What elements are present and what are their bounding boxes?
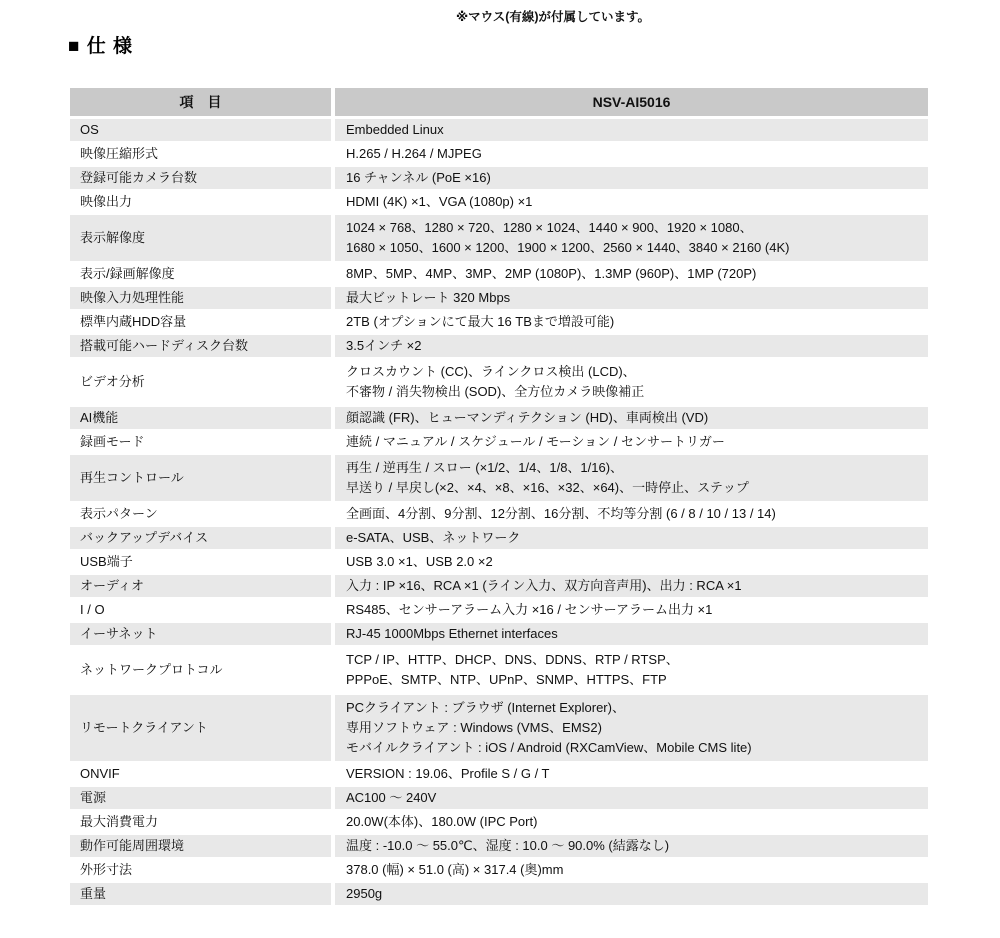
- spec-item-label: 登録可能カメラ台数: [70, 166, 333, 190]
- table-row: 録画モード連続 / マニュアル / スケジュール / モーション / センサート…: [70, 430, 928, 454]
- spec-item-label: 表示/録画解像度: [70, 262, 333, 286]
- table-row: 電源AC100 ～ 240V: [70, 786, 928, 810]
- spec-item-label: ONVIF: [70, 762, 333, 786]
- spec-item-label: ビデオ分析: [70, 358, 333, 406]
- spec-table-header: 項 目 NSV-AI5016: [70, 88, 928, 118]
- spec-item-value: 顔認識 (FR)、ヒューマンディテクション (HD)、車両検出 (VD): [333, 406, 928, 430]
- header-item-column: 項 目: [70, 88, 333, 118]
- spec-item-value: 温度 : -10.0 ～ 55.0℃、湿度 : 10.0 ～ 90.0% (結露…: [333, 834, 928, 858]
- table-row: リモートクライアントPCクライアント : ブラウザ (Internet Expl…: [70, 694, 928, 762]
- spec-item-label: I / O: [70, 598, 333, 622]
- table-row: 表示パターン全画面、4分割、9分割、12分割、16分割、不均等分割 (6 / 8…: [70, 502, 928, 526]
- spec-item-label: USB端子: [70, 550, 333, 574]
- spec-item-value: 再生 / 逆再生 / スロー (×1/2、1/4、1/8、1/16)、 早送り …: [333, 454, 928, 502]
- spec-item-label: 標準内蔵HDD容量: [70, 310, 333, 334]
- spec-item-label: 映像圧縮形式: [70, 142, 333, 166]
- spec-item-value: RJ-45 1000Mbps Ethernet interfaces: [333, 622, 928, 646]
- table-row: ONVIFVERSION : 19.06、Profile S / G / T: [70, 762, 928, 786]
- spec-item-label: バックアップデバイス: [70, 526, 333, 550]
- spec-item-label: 重量: [70, 882, 333, 906]
- spec-item-label: イーサネット: [70, 622, 333, 646]
- spec-item-label: 動作可能周囲環境: [70, 834, 333, 858]
- table-row: 映像圧縮形式H.265 / H.264 / MJPEG: [70, 142, 928, 166]
- header-row: 項 目 NSV-AI5016: [70, 88, 928, 118]
- spec-item-label: 外形寸法: [70, 858, 333, 882]
- spec-item-value: VERSION : 19.06、Profile S / G / T: [333, 762, 928, 786]
- mouse-included-note: ※マウス(有線)が付属しています。: [106, 7, 1000, 25]
- table-row: ビデオ分析クロスカウント (CC)、ラインクロス検出 (LCD)、 不審物 / …: [70, 358, 928, 406]
- spec-item-value: AC100 ～ 240V: [333, 786, 928, 810]
- spec-table: 項 目 NSV-AI5016 OSEmbedded Linux映像圧縮形式H.2…: [70, 88, 928, 907]
- table-row: 標準内蔵HDD容量2TB (オプションにて最大 16 TBまで増設可能): [70, 310, 928, 334]
- table-row: 外形寸法378.0 (幅) × 51.0 (高) × 317.4 (奥)mm: [70, 858, 928, 882]
- spec-item-label: 電源: [70, 786, 333, 810]
- spec-item-label: 最大消費電力: [70, 810, 333, 834]
- spec-item-value: 連続 / マニュアル / スケジュール / モーション / センサートリガー: [333, 430, 928, 454]
- spec-item-value: 8MP、5MP、4MP、3MP、2MP (1080P)、1.3MP (960P)…: [333, 262, 928, 286]
- table-row: OSEmbedded Linux: [70, 118, 928, 143]
- spec-item-value: TCP / IP、HTTP、DHCP、DNS、DDNS、RTP / RTSP、 …: [333, 646, 928, 694]
- spec-item-value: 20.0W(本体)、180.0W (IPC Port): [333, 810, 928, 834]
- table-row: イーサネットRJ-45 1000Mbps Ethernet interfaces: [70, 622, 928, 646]
- spec-item-value: 16 チャンネル (PoE ×16): [333, 166, 928, 190]
- spec-item-label: 表示パターン: [70, 502, 333, 526]
- spec-item-label: OS: [70, 118, 333, 143]
- spec-item-value: e-SATA、USB、ネットワーク: [333, 526, 928, 550]
- spec-item-value: H.265 / H.264 / MJPEG: [333, 142, 928, 166]
- spec-item-value: RS485、センサーアラーム入力 ×16 / センサーアラーム出力 ×1: [333, 598, 928, 622]
- spec-item-label: 表示解像度: [70, 214, 333, 262]
- spec-item-value: 378.0 (幅) × 51.0 (高) × 317.4 (奥)mm: [333, 858, 928, 882]
- table-row: 動作可能周囲環境温度 : -10.0 ～ 55.0℃、湿度 : 10.0 ～ 9…: [70, 834, 928, 858]
- table-row: AI機能顔認識 (FR)、ヒューマンディテクション (HD)、車両検出 (VD): [70, 406, 928, 430]
- table-row: I / ORS485、センサーアラーム入力 ×16 / センサーアラーム出力 ×…: [70, 598, 928, 622]
- spec-item-value: 最大ビットレート 320 Mbps: [333, 286, 928, 310]
- spec-item-label: リモートクライアント: [70, 694, 333, 762]
- spec-item-value: PCクライアント : ブラウザ (Internet Explorer)、 専用ソ…: [333, 694, 928, 762]
- spec-item-value: USB 3.0 ×1、USB 2.0 ×2: [333, 550, 928, 574]
- spec-item-label: 再生コントロール: [70, 454, 333, 502]
- spec-item-value: 2TB (オプションにて最大 16 TBまで増設可能): [333, 310, 928, 334]
- spec-item-label: 搭載可能ハードディスク台数: [70, 334, 333, 358]
- spec-item-label: オーディオ: [70, 574, 333, 598]
- spec-item-value: クロスカウント (CC)、ラインクロス検出 (LCD)、 不審物 / 消失物検出…: [333, 358, 928, 406]
- spec-item-label: 録画モード: [70, 430, 333, 454]
- table-row: 登録可能カメラ台数16 チャンネル (PoE ×16): [70, 166, 928, 190]
- spec-item-value: 全画面、4分割、9分割、12分割、16分割、不均等分割 (6 / 8 / 10 …: [333, 502, 928, 526]
- section-title-spec: ■ 仕 様: [68, 31, 133, 58]
- spec-item-label: AI機能: [70, 406, 333, 430]
- spec-item-label: ネットワークプロトコル: [70, 646, 333, 694]
- spec-item-label: 映像出力: [70, 190, 333, 214]
- table-row: 搭載可能ハードディスク台数3.5インチ ×2: [70, 334, 928, 358]
- table-row: 表示解像度1024 × 768、1280 × 720、1280 × 1024、1…: [70, 214, 928, 262]
- table-row: 重量2950g: [70, 882, 928, 906]
- table-row: USB端子USB 3.0 ×1、USB 2.0 ×2: [70, 550, 928, 574]
- spec-item-value: Embedded Linux: [333, 118, 928, 143]
- spec-item-label: 映像入力処理性能: [70, 286, 333, 310]
- table-row: 最大消費電力20.0W(本体)、180.0W (IPC Port): [70, 810, 928, 834]
- spec-item-value: 3.5インチ ×2: [333, 334, 928, 358]
- table-row: ネットワークプロトコルTCP / IP、HTTP、DHCP、DNS、DDNS、R…: [70, 646, 928, 694]
- table-row: 表示/録画解像度8MP、5MP、4MP、3MP、2MP (1080P)、1.3M…: [70, 262, 928, 286]
- header-model-column: NSV-AI5016: [333, 88, 928, 118]
- table-row: 再生コントロール再生 / 逆再生 / スロー (×1/2、1/4、1/8、1/1…: [70, 454, 928, 502]
- table-row: バックアップデバイスe-SATA、USB、ネットワーク: [70, 526, 928, 550]
- spec-item-value: 1024 × 768、1280 × 720、1280 × 1024、1440 ×…: [333, 214, 928, 262]
- table-row: 映像入力処理性能最大ビットレート 320 Mbps: [70, 286, 928, 310]
- spec-table-body: OSEmbedded Linux映像圧縮形式H.265 / H.264 / MJ…: [70, 118, 928, 907]
- spec-item-value: 入力 : IP ×16、RCA ×1 (ライン入力、双方向音声用)、出力 : R…: [333, 574, 928, 598]
- table-row: オーディオ入力 : IP ×16、RCA ×1 (ライン入力、双方向音声用)、出…: [70, 574, 928, 598]
- table-row: 映像出力HDMI (4K) ×1、VGA (1080p) ×1: [70, 190, 928, 214]
- spec-item-value: 2950g: [333, 882, 928, 906]
- spec-item-value: HDMI (4K) ×1、VGA (1080p) ×1: [333, 190, 928, 214]
